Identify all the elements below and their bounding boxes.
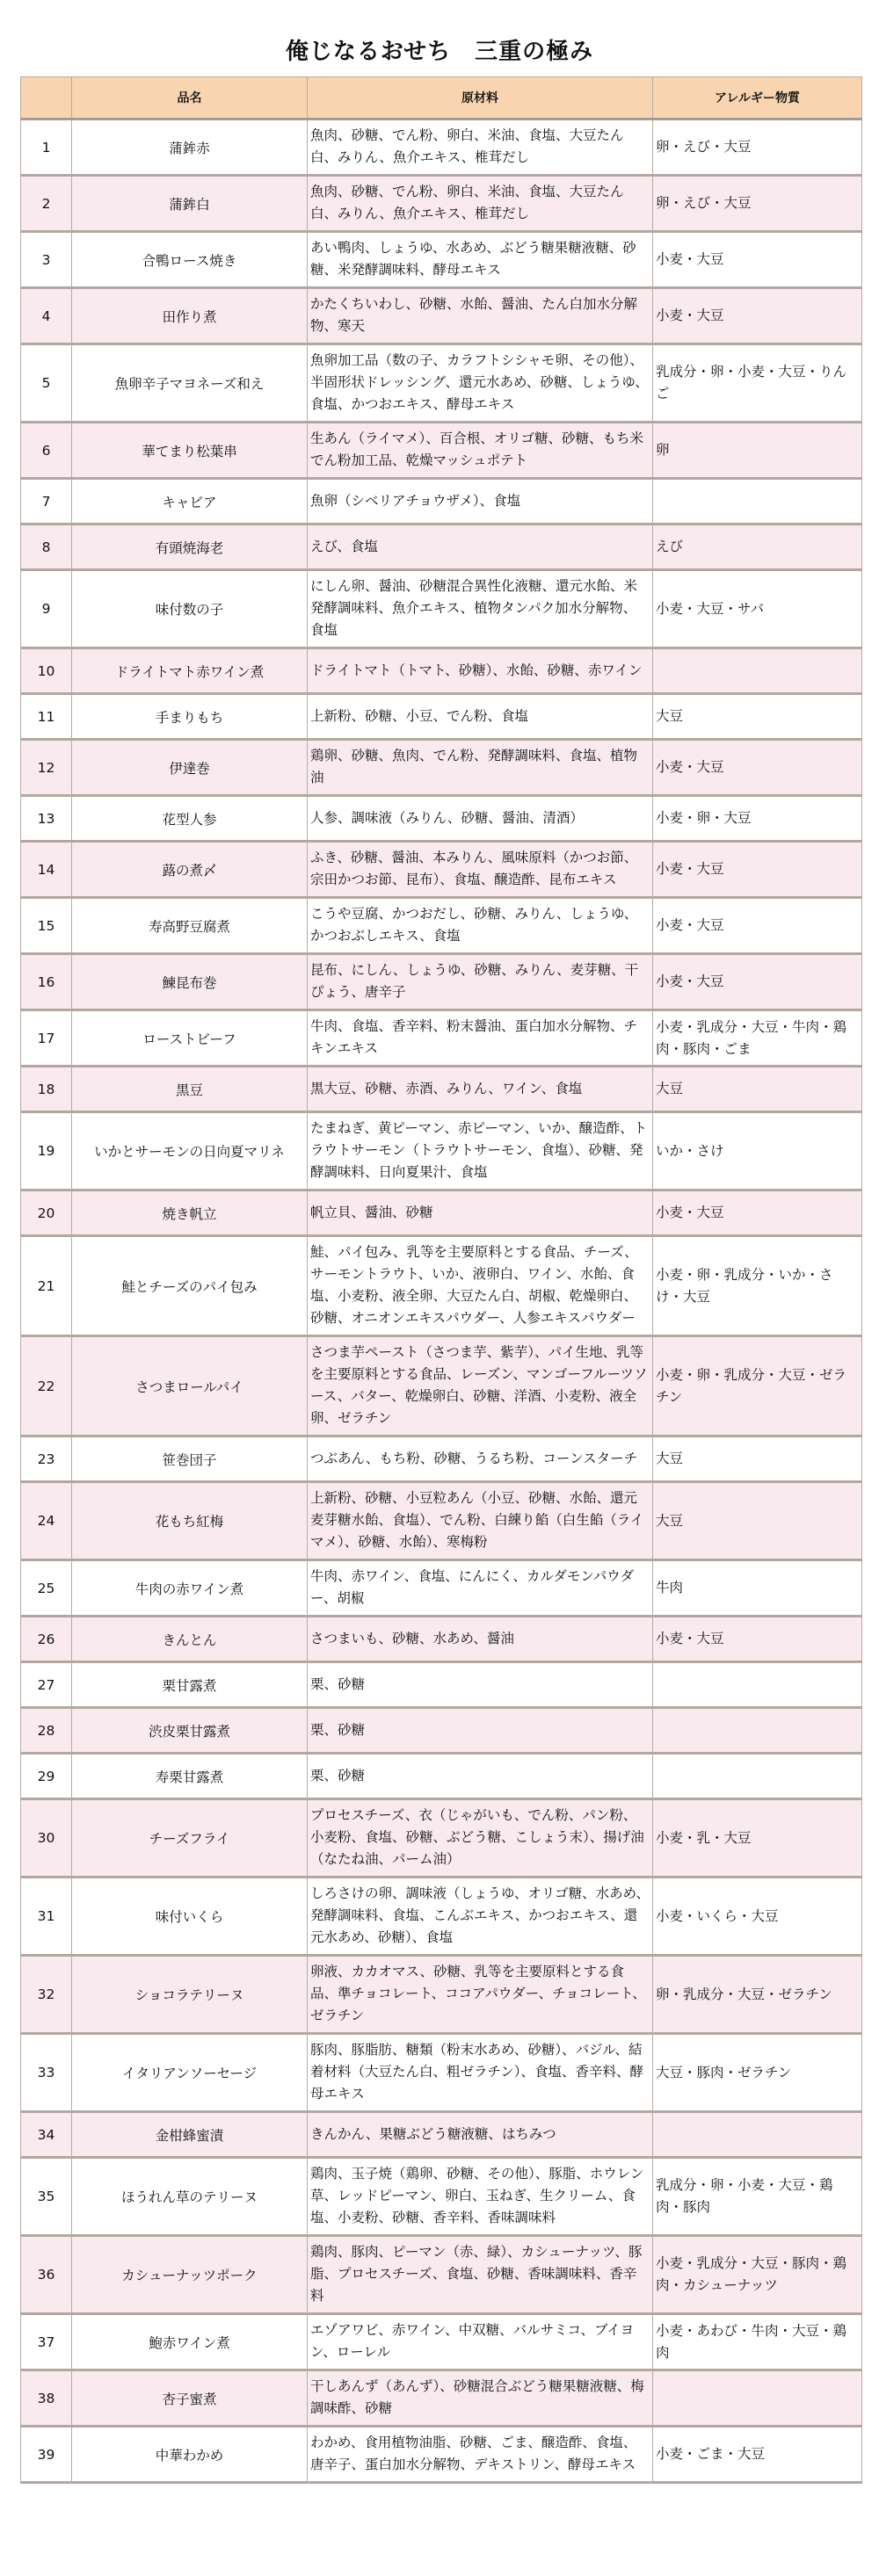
row-allergens: 大豆: [653, 694, 862, 740]
table-row: 5魚卵辛子マヨネーズ和え魚卵加工品（数の子、カラフトシシャモ卵、その他）、半固形…: [21, 344, 862, 423]
row-allergens: 小麦・大豆: [653, 898, 862, 954]
row-ingredients: エゾアワビ、赤ワイン、中双糖、バルサミコ、ブイヨン、ローレル: [308, 2314, 653, 2370]
table-row: 24花もち紅梅上新粉、砂糖、小豆粒あん（小豆、砂糖、水飴、還元麦芽糖水飴、食塩）…: [21, 1482, 862, 1560]
row-number: 18: [21, 1067, 72, 1112]
row-item-name: 蕗の煮〆: [72, 842, 308, 898]
row-ingredients: 鶏肉、豚肉、ピーマン（赤、緑）、カシューナッツ、豚脂、プロセスチーズ、食塩、砂糖…: [308, 2236, 653, 2314]
row-allergens: 小麦・大豆: [653, 232, 862, 288]
table-row: 18黒豆黒大豆、砂糖、赤酒、みりん、ワイン、食塩大豆: [21, 1067, 862, 1112]
row-item-name: ドライトマト赤ワイン煮: [72, 648, 308, 694]
row-allergens: 卵: [653, 423, 862, 479]
row-number: 34: [21, 2112, 72, 2158]
row-number: 6: [21, 423, 72, 479]
table-row: 19いかとサーモンの日向夏マリネたまねぎ、黄ピーマン、赤ピーマン、いか、醸造酢、…: [21, 1112, 862, 1190]
row-item-name: イタリアンソーセージ: [72, 2034, 308, 2112]
table-row: 38杏子蜜煮干しあんず（あんず）、砂糖混合ぶどう糖果糖液糖、梅調味酢、砂糖: [21, 2370, 862, 2427]
row-allergens: 小麦・大豆: [653, 954, 862, 1010]
row-number: 23: [21, 1436, 72, 1482]
row-ingredients: 干しあんず（あんず）、砂糖混合ぶどう糖果糖液糖、梅調味酢、砂糖: [308, 2370, 653, 2427]
row-number: 12: [21, 740, 72, 796]
row-ingredients: ふき、砂糖、醤油、本みりん、風味原料（かつお節、宗田かつお節、昆布）、食塩、醸造…: [308, 842, 653, 898]
table-row: 20焼き帆立帆立貝、醤油、砂糖小麦・大豆: [21, 1190, 862, 1236]
row-item-name: 鰊昆布巻: [72, 954, 308, 1010]
row-item-name: 寿栗甘露煮: [72, 1754, 308, 1799]
row-item-name: 蒲鉾赤: [72, 119, 308, 176]
row-item-name: 手まりもち: [72, 694, 308, 740]
row-allergens: 小麦・大豆: [653, 1190, 862, 1236]
table-row: 2蒲鉾白魚肉、砂糖、でん粉、卵白、米油、食塩、大豆たん白、みりん、魚介エキス、椎…: [21, 176, 862, 232]
row-allergens: 小麦・大豆: [653, 1617, 862, 1662]
page-title: 俺じなるおせち 三重の極み: [0, 0, 879, 76]
row-allergens: 小麦・乳・大豆: [653, 1799, 862, 1878]
row-ingredients: さつまいも、砂糖、水あめ、醤油: [308, 1617, 653, 1662]
row-item-name: 杏子蜜煮: [72, 2370, 308, 2427]
header-number: [21, 77, 72, 119]
row-allergens: 卵・えび・大豆: [653, 176, 862, 232]
row-number: 38: [21, 2370, 72, 2427]
row-ingredients: 魚肉、砂糖、でん粉、卵白、米油、食塩、大豆たん白、みりん、魚介エキス、椎茸だし: [308, 119, 653, 176]
row-number: 33: [21, 2034, 72, 2112]
row-number: 26: [21, 1617, 72, 1662]
row-allergens: 大豆: [653, 1067, 862, 1112]
row-item-name: きんとん: [72, 1617, 308, 1662]
row-number: 22: [21, 1336, 72, 1436]
row-item-name: 田作り煮: [72, 288, 308, 344]
header-name: 品名: [72, 77, 308, 119]
row-number: 7: [21, 479, 72, 525]
row-number: 31: [21, 1878, 72, 1956]
row-allergens: 小麦・卵・大豆: [653, 796, 862, 842]
row-allergens: 大豆: [653, 1482, 862, 1560]
row-allergens: えび: [653, 525, 862, 570]
row-item-name: 華てまり松葉串: [72, 423, 308, 479]
table-row: 22さつまロールパイさつま芋ペースト（さつま芋、紫芋）、パイ生地、乳等を主要原料…: [21, 1336, 862, 1436]
row-allergens: 卵・乳成分・大豆・ゼラチン: [653, 1956, 862, 2034]
row-item-name: 伊達巻: [72, 740, 308, 796]
table-row: 8有頭焼海老えび、食塩えび: [21, 525, 862, 570]
row-allergens: [653, 479, 862, 525]
row-item-name: 鮑赤ワイン煮: [72, 2314, 308, 2370]
row-ingredients: きんかん、果糖ぶどう糖液糖、はちみつ: [308, 2112, 653, 2158]
row-ingredients: 帆立貝、醤油、砂糖: [308, 1190, 653, 1236]
row-item-name: 鮭とチーズのパイ包み: [72, 1236, 308, 1336]
row-number: 4: [21, 288, 72, 344]
row-ingredients: 牛肉、食塩、香辛料、粉末醤油、蛋白加水分解物、チキンエキス: [308, 1010, 653, 1067]
row-number: 20: [21, 1190, 72, 1236]
row-number: 37: [21, 2314, 72, 2370]
table-row: 35ほうれん草のテリーヌ鶏肉、玉子焼（鶏卵、砂糖、その他）、豚脂、ホウレン草、レ…: [21, 2158, 862, 2236]
row-number: 39: [21, 2427, 72, 2483]
row-item-name: ローストビーフ: [72, 1010, 308, 1067]
row-item-name: 寿高野豆腐煮: [72, 898, 308, 954]
table-row: 21鮭とチーズのパイ包み鮭、パイ包み、乳等を主要原料とする食品、チーズ、サーモン…: [21, 1236, 862, 1336]
row-number: 1: [21, 119, 72, 176]
row-number: 16: [21, 954, 72, 1010]
row-allergens: 小麦・ごま・大豆: [653, 2427, 862, 2483]
row-allergens: いか・さけ: [653, 1112, 862, 1190]
row-ingredients: さつま芋ペースト（さつま芋、紫芋）、パイ生地、乳等を主要原料とする食品、レーズン…: [308, 1336, 653, 1436]
row-number: 19: [21, 1112, 72, 1190]
table-row: 12伊達巻鶏卵、砂糖、魚肉、でん粉、発酵調味料、食塩、植物油小麦・大豆: [21, 740, 862, 796]
row-item-name: ショコラテリーヌ: [72, 1956, 308, 2034]
row-item-name: 花型人参: [72, 796, 308, 842]
row-allergens: 牛肉: [653, 1560, 862, 1617]
row-allergens: [653, 1754, 862, 1799]
table-row: 13花型人参人参、調味液（みりん、砂糖、醤油、清酒）小麦・卵・大豆: [21, 796, 862, 842]
table-row: 27栗甘露煮栗、砂糖: [21, 1662, 862, 1708]
row-ingredients: しろさけの卵、調味液（しょうゆ、オリゴ糖、水あめ、発酵調味料、食塩、こんぶエキス…: [308, 1878, 653, 1956]
row-allergens: [653, 1662, 862, 1708]
table-row: 36カシューナッツポーク鶏肉、豚肉、ピーマン（赤、緑）、カシューナッツ、豚脂、プ…: [21, 2236, 862, 2314]
row-item-name: 合鴨ロース焼き: [72, 232, 308, 288]
row-ingredients: 上新粉、砂糖、小豆粒あん（小豆、砂糖、水飴、還元麦芽糖水飴、食塩）、でん粉、白練…: [308, 1482, 653, 1560]
row-allergens: [653, 2370, 862, 2427]
table-row: 25牛肉の赤ワイン煮牛肉、赤ワイン、食塩、にんにく、カルダモンパウダー、胡椒牛肉: [21, 1560, 862, 1617]
row-allergens: 小麦・大豆: [653, 740, 862, 796]
row-ingredients: 魚卵（シベリアチョウザメ）、食塩: [308, 479, 653, 525]
row-number: 36: [21, 2236, 72, 2314]
row-item-name: 味付数の子: [72, 570, 308, 648]
row-item-name: 中華わかめ: [72, 2427, 308, 2483]
row-item-name: 黒豆: [72, 1067, 308, 1112]
table-row: 11手まりもち上新粉、砂糖、小豆、でん粉、食塩大豆: [21, 694, 862, 740]
table-row: 3合鴨ロース焼きあい鴨肉、しょうゆ、水あめ、ぶどう糖果糖液糖、砂糖、米発酵調味料…: [21, 232, 862, 288]
row-number: 32: [21, 1956, 72, 2034]
row-number: 30: [21, 1799, 72, 1878]
table-row: 28渋皮栗甘露煮栗、砂糖: [21, 1708, 862, 1754]
table-row: 7キャビア魚卵（シベリアチョウザメ）、食塩: [21, 479, 862, 525]
row-ingredients: プロセスチーズ、衣（じゃがいも、でん粉、パン粉、小麦粉、食塩、砂糖、ぶどう糖、こ…: [308, 1799, 653, 1878]
row-number: 29: [21, 1754, 72, 1799]
table-row: 6華てまり松葉串生あん（ライマメ）、百合根、オリゴ糖、砂糖、もち米でん粉加工品、…: [21, 423, 862, 479]
table-row: 15寿高野豆腐煮こうや豆腐、かつおだし、砂糖、みりん、しょうゆ、かつおぶしエキス…: [21, 898, 862, 954]
row-ingredients: えび、食塩: [308, 525, 653, 570]
row-allergens: [653, 2112, 862, 2158]
row-allergens: 大豆・豚肉・ゼラチン: [653, 2034, 862, 2112]
row-number: 28: [21, 1708, 72, 1754]
row-item-name: ほうれん草のテリーヌ: [72, 2158, 308, 2236]
row-item-name: 有頭焼海老: [72, 525, 308, 570]
row-allergens: [653, 648, 862, 694]
row-allergens: 小麦・あわび・牛肉・大豆・鶏肉: [653, 2314, 862, 2370]
table-row: 10ドライトマト赤ワイン煮ドライトマト（トマト、砂糖）、水飴、砂糖、赤ワイン: [21, 648, 862, 694]
row-item-name: チーズフライ: [72, 1799, 308, 1878]
row-allergens: 大豆: [653, 1436, 862, 1482]
table-row: 26きんとんさつまいも、砂糖、水あめ、醤油小麦・大豆: [21, 1617, 862, 1662]
row-item-name: 牛肉の赤ワイン煮: [72, 1560, 308, 1617]
row-number: 11: [21, 694, 72, 740]
row-number: 25: [21, 1560, 72, 1617]
row-ingredients: 鮭、パイ包み、乳等を主要原料とする食品、チーズ、サーモントラウト、いか、液卵白、…: [308, 1236, 653, 1336]
row-item-name: 金柑蜂蜜漬: [72, 2112, 308, 2158]
row-number: 3: [21, 232, 72, 288]
table-row: 39中華わかめわかめ、食用植物油脂、砂糖、ごま、醸造酢、食塩、唐辛子、蛋白加水分…: [21, 2427, 862, 2483]
row-ingredients: 栗、砂糖: [308, 1662, 653, 1708]
row-ingredients: 鶏卵、砂糖、魚肉、でん粉、発酵調味料、食塩、植物油: [308, 740, 653, 796]
table-row: 9味付数の子にしん卵、醤油、砂糖混合異性化液糖、還元水飴、米発酵調味料、魚介エキ…: [21, 570, 862, 648]
row-number: 15: [21, 898, 72, 954]
row-ingredients: 卵液、カカオマス、砂糖、乳等を主要原料とする食品、準チョコレート、ココアパウダー…: [308, 1956, 653, 2034]
row-allergens: 小麦・大豆: [653, 288, 862, 344]
row-item-name: 味付いくら: [72, 1878, 308, 1956]
header-ingredients: 原材料: [308, 77, 653, 119]
row-ingredients: つぶあん、もち粉、砂糖、うるち粉、コーンスターチ: [308, 1436, 653, 1482]
row-ingredients: 鶏肉、玉子焼（鶏卵、砂糖、その他）、豚脂、ホウレン草、レッドピーマン、卵白、玉ね…: [308, 2158, 653, 2236]
row-number: 35: [21, 2158, 72, 2236]
row-item-name: 魚卵辛子マヨネーズ和え: [72, 344, 308, 423]
row-allergens: 小麦・乳成分・大豆・豚肉・鶏肉・カシューナッツ: [653, 2236, 862, 2314]
row-number: 13: [21, 796, 72, 842]
row-item-name: カシューナッツポーク: [72, 2236, 308, 2314]
table-row: 33イタリアンソーセージ豚肉、豚脂肪、糖類（粉末水あめ、砂糖）、バジル、結着材料…: [21, 2034, 862, 2112]
row-number: 17: [21, 1010, 72, 1067]
row-number: 5: [21, 344, 72, 423]
row-ingredients: 栗、砂糖: [308, 1708, 653, 1754]
row-ingredients: 生あん（ライマメ）、百合根、オリゴ糖、砂糖、もち米でん粉加工品、乾燥マッシュポテ…: [308, 423, 653, 479]
table-body: 1蒲鉾赤魚肉、砂糖、でん粉、卵白、米油、食塩、大豆たん白、みりん、魚介エキス、椎…: [21, 119, 862, 2483]
table-row: 37鮑赤ワイン煮エゾアワビ、赤ワイン、中双糖、バルサミコ、ブイヨン、ローレル小麦…: [21, 2314, 862, 2370]
row-ingredients: こうや豆腐、かつおだし、砂糖、みりん、しょうゆ、かつおぶしエキス、食塩: [308, 898, 653, 954]
row-number: 24: [21, 1482, 72, 1560]
row-ingredients: 豚肉、豚脂肪、糖類（粉末水あめ、砂糖）、バジル、結着材料（大豆たん白、粗ゼラチン…: [308, 2034, 653, 2112]
row-ingredients: 昆布、にしん、しょうゆ、砂糖、みりん、麦芽糖、干ぴょう、唐辛子: [308, 954, 653, 1010]
table-row: 30チーズフライプロセスチーズ、衣（じゃがいも、でん粉、パン粉、小麦粉、食塩、砂…: [21, 1799, 862, 1878]
row-ingredients: かたくちいわし、砂糖、水飴、醤油、たん白加水分解物、寒天: [308, 288, 653, 344]
table-row: 14蕗の煮〆ふき、砂糖、醤油、本みりん、風味原料（かつお節、宗田かつお節、昆布）…: [21, 842, 862, 898]
row-item-name: いかとサーモンの日向夏マリネ: [72, 1112, 308, 1190]
row-allergens: 小麦・卵・乳成分・大豆・ゼラチン: [653, 1336, 862, 1436]
row-ingredients: 人参、調味液（みりん、砂糖、醤油、清酒）: [308, 796, 653, 842]
table-row: 1蒲鉾赤魚肉、砂糖、でん粉、卵白、米油、食塩、大豆たん白、みりん、魚介エキス、椎…: [21, 119, 862, 176]
row-allergens: 乳成分・卵・小麦・大豆・りんご: [653, 344, 862, 423]
table-row: 29寿栗甘露煮栗、砂糖: [21, 1754, 862, 1799]
row-number: 8: [21, 525, 72, 570]
row-number: 21: [21, 1236, 72, 1336]
row-ingredients: 魚肉、砂糖、でん粉、卵白、米油、食塩、大豆たん白、みりん、魚介エキス、椎茸だし: [308, 176, 653, 232]
row-allergens: 小麦・大豆・サバ: [653, 570, 862, 648]
row-allergens: 小麦・大豆: [653, 842, 862, 898]
row-ingredients: 魚卵加工品（数の子、カラフトシシャモ卵、その他）、半固形状ドレッシング、還元水あ…: [308, 344, 653, 423]
row-allergens: [653, 1708, 862, 1754]
row-number: 9: [21, 570, 72, 648]
row-ingredients: たまねぎ、黄ピーマン、赤ピーマン、いか、醸造酢、トラウトサーモン（トラウトサーモ…: [308, 1112, 653, 1190]
table-row: 32ショコラテリーヌ卵液、カカオマス、砂糖、乳等を主要原料とする食品、準チョコレ…: [21, 1956, 862, 2034]
row-item-name: 渋皮栗甘露煮: [72, 1708, 308, 1754]
row-ingredients: にしん卵、醤油、砂糖混合異性化液糖、還元水飴、米発酵調味料、魚介エキス、植物タン…: [308, 570, 653, 648]
table-header-row: 品名 原材料 アレルギー物質: [21, 77, 862, 119]
row-item-name: 焼き帆立: [72, 1190, 308, 1236]
row-ingredients: あい鴨肉、しょうゆ、水あめ、ぶどう糖果糖液糖、砂糖、米発酵調味料、酵母エキス: [308, 232, 653, 288]
row-item-name: 蒲鉾白: [72, 176, 308, 232]
table-row: 16鰊昆布巻昆布、にしん、しょうゆ、砂糖、みりん、麦芽糖、干ぴょう、唐辛子小麦・…: [21, 954, 862, 1010]
row-ingredients: 上新粉、砂糖、小豆、でん粉、食塩: [308, 694, 653, 740]
row-allergens: 乳成分・卵・小麦・大豆・鶏肉・豚肉: [653, 2158, 862, 2236]
row-item-name: 栗甘露煮: [72, 1662, 308, 1708]
row-allergens: 卵・えび・大豆: [653, 119, 862, 176]
table-row: 23笹巻団子つぶあん、もち粉、砂糖、うるち粉、コーンスターチ大豆: [21, 1436, 862, 1482]
row-item-name: キャビア: [72, 479, 308, 525]
table-row: 4田作り煮かたくちいわし、砂糖、水飴、醤油、たん白加水分解物、寒天小麦・大豆: [21, 288, 862, 344]
row-ingredients: 黒大豆、砂糖、赤酒、みりん、ワイン、食塩: [308, 1067, 653, 1112]
row-number: 10: [21, 648, 72, 694]
row-allergens: 小麦・乳成分・大豆・牛肉・鶏肉・豚肉・ごま: [653, 1010, 862, 1067]
row-allergens: 小麦・卵・乳成分・いか・さけ・大豆: [653, 1236, 862, 1336]
row-allergens: 小麦・いくら・大豆: [653, 1878, 862, 1956]
row-item-name: 笹巻団子: [72, 1436, 308, 1482]
row-number: 2: [21, 176, 72, 232]
row-number: 27: [21, 1662, 72, 1708]
header-allergens: アレルギー物質: [653, 77, 862, 119]
row-ingredients: 栗、砂糖: [308, 1754, 653, 1799]
row-ingredients: 牛肉、赤ワイン、食塩、にんにく、カルダモンパウダー、胡椒: [308, 1560, 653, 1617]
table-row: 31味付いくらしろさけの卵、調味液（しょうゆ、オリゴ糖、水あめ、発酵調味料、食塩…: [21, 1878, 862, 1956]
row-item-name: さつまロールパイ: [72, 1336, 308, 1436]
table-row: 34金柑蜂蜜漬きんかん、果糖ぶどう糖液糖、はちみつ: [21, 2112, 862, 2158]
row-ingredients: ドライトマト（トマト、砂糖）、水飴、砂糖、赤ワイン: [308, 648, 653, 694]
row-item-name: 花もち紅梅: [72, 1482, 308, 1560]
row-ingredients: わかめ、食用植物油脂、砂糖、ごま、醸造酢、食塩、唐辛子、蛋白加水分解物、デキスト…: [308, 2427, 653, 2483]
table-row: 17ローストビーフ牛肉、食塩、香辛料、粉末醤油、蛋白加水分解物、チキンエキス小麦…: [21, 1010, 862, 1067]
row-number: 14: [21, 842, 72, 898]
allergen-table: 品名 原材料 アレルギー物質 1蒲鉾赤魚肉、砂糖、でん粉、卵白、米油、食塩、大豆…: [20, 76, 862, 2484]
